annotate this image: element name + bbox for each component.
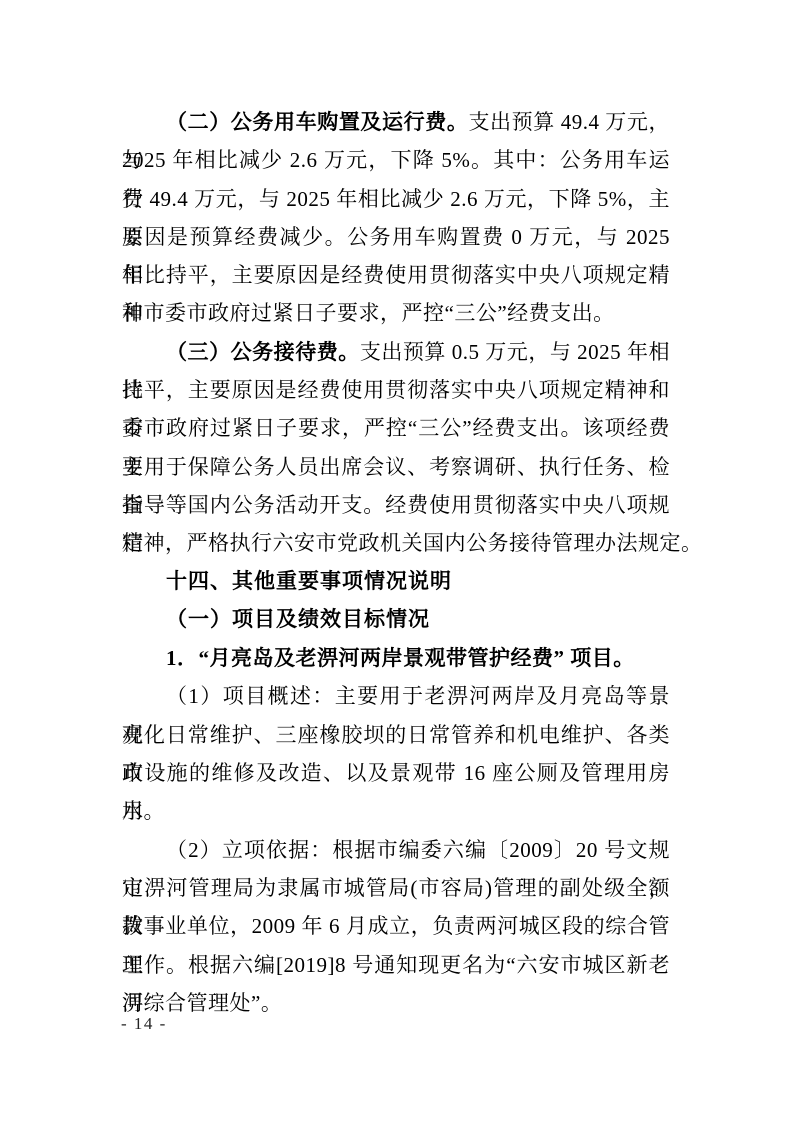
page-number: - 14 - xyxy=(121,1012,167,1036)
text-line: 款事业单位，2009 年 6 月成立，负责两河城区段的综合管理 xyxy=(122,907,670,945)
text-line: （二）公务用车购置及运行费。支出预算 49.4 万元，与 xyxy=(122,103,670,141)
text-line: 委市政府过紧日子要求，严控“三公”经费支出。该项经费主 xyxy=(122,409,670,447)
bold-lead-in: （二）公务用车购置及运行费。 xyxy=(166,110,468,134)
text-line: 2025 年相比减少 2.6 万元，下降 5%。其中：公务用车运行 xyxy=(122,141,670,179)
text-line: 持平，主要原因是经费使用贯彻落实中央八项规定精神和市 xyxy=(122,371,670,409)
text-line: 和市委市政府过紧日子要求，严控“三公”经费支出。 xyxy=(122,294,670,332)
text-line: 工作。根据六编[2019]8 号通知现更名为“六安市城区新老淠 xyxy=(122,946,670,984)
text-line: （三）公务接待费。支出预算 0.5 万元，与 2025 年相比 xyxy=(122,333,670,371)
text-line: 水。 xyxy=(122,792,670,830)
document-text-block: （二）公务用车购置及运行费。支出预算 49.4 万元，与2025 年相比减少 2… xyxy=(122,103,670,1022)
text-line: 政设施的维修及改造、以及景观带 16 座公厕及管理用房用 xyxy=(122,754,670,792)
text-line: （2）立项依据：根据市编委六编〔2009〕20 号文规定， xyxy=(122,831,670,869)
text-line: 市淠河管理局为隶属市城管局(市容局)管理的副处级全额拨 xyxy=(122,869,670,907)
text-line: 原因是预算经费减少。公务用车购置费 0 万元，与 2025 年 xyxy=(122,218,670,256)
document-page: （二）公务用车购置及运行费。支出预算 49.4 万元，与2025 年相比减少 2… xyxy=(0,0,793,1122)
text-line: 亮化日常维护、三座橡胶坝的日常管养和机电维护、各类市 xyxy=(122,716,670,754)
bold-lead-in: （三）公务接待费。 xyxy=(166,340,360,364)
text-line: （1）项目概述：主要用于老淠河两岸及月亮岛等景观 xyxy=(122,677,670,715)
heading-line: （一）项目及绩效目标情况 xyxy=(122,601,670,639)
heading-line: 1．“月亮岛及老淠河两岸景观带管护经费” 项目。 xyxy=(122,639,670,677)
text-line: 相比持平，主要原因是经费使用贯彻落实中央八项规定精神 xyxy=(122,256,670,294)
text-line: 要用于保障公务人员出席会议、考察调研、执行任务、检查 xyxy=(122,448,670,486)
text-line: 精神，严格执行六安市党政机关国内公务接待管理办法规定。 xyxy=(122,524,670,562)
text-line: 指导等国内公务活动开支。经费使用贯彻落实中央八项规定 xyxy=(122,486,670,524)
text-line: 河综合管理处”。 xyxy=(122,984,670,1022)
text-line: 费 49.4 万元，与 2025 年相比减少 2.6 万元，下降 5%，主要 xyxy=(122,180,670,218)
heading-line: 十四、其他重要事项情况说明 xyxy=(122,563,670,601)
